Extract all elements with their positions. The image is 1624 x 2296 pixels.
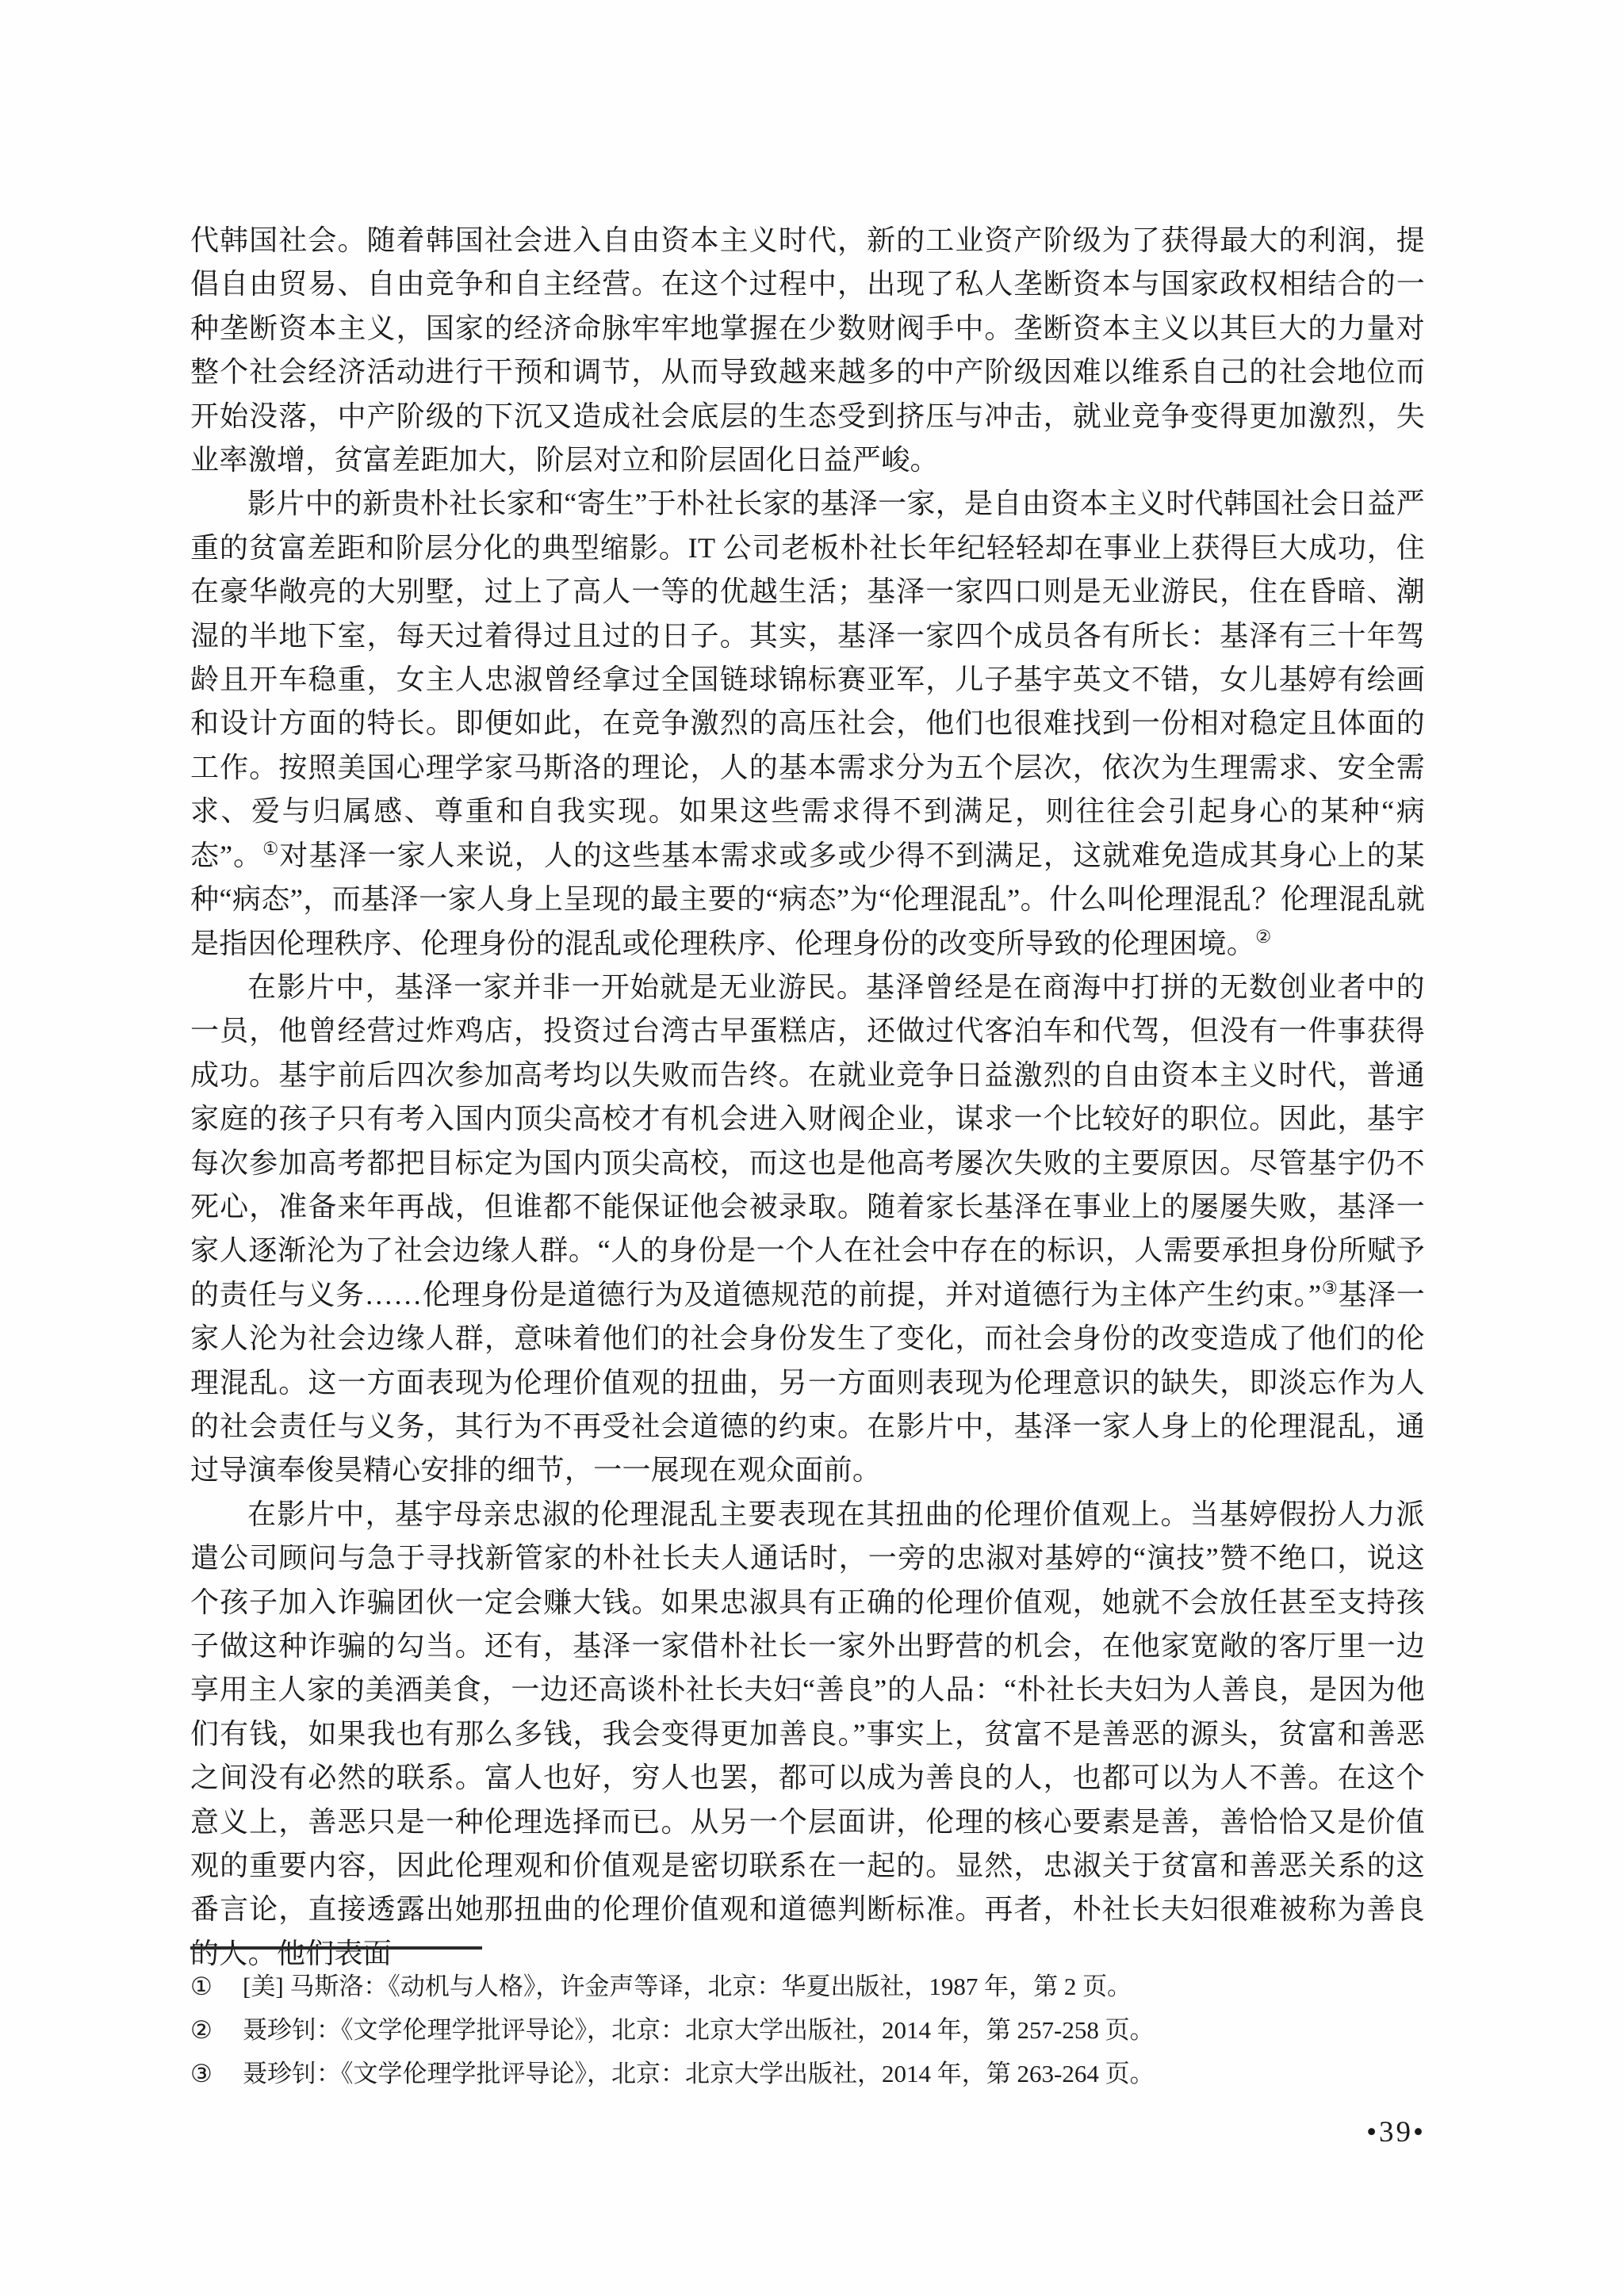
footnote-text: [美] 马斯洛：《动机与人格》，许金声等译，北京：华夏出版社，1987 年，第 … [243,1965,1425,2008]
paragraph-text: 在影片中，基泽一家并非一开始就是无业游民。基泽曾经是在商海中打拼的无数创业者中的… [190,971,1425,1311]
paragraph-text: 代韩国社会。随着韩国社会进入自由资本主义时代，新的工业资产阶级为了获得最大的利润… [190,224,1425,476]
footnote-marker: ② [190,2008,243,2052]
footnote-marker: ③ [190,2052,243,2095]
footnote-ref: ③ [1321,1278,1338,1298]
article-body: 代韩国社会。随着韩国社会进入自由资本主义时代，新的工业资产阶级为了获得最大的利润… [190,219,1425,1976]
paragraph: 在影片中，基宇母亲忠淑的伦理混乱主要表现在其扭曲的伦理价值观上。当基婷假扮人力派… [190,1493,1425,1976]
footnote-text: 聂珍钊：《文学伦理学批评导论》，北京：北京大学出版社，2014 年，第 257-… [243,2008,1425,2052]
paragraphs-container: 代韩国社会。随着韩国社会进入自由资本主义时代，新的工业资产阶级为了获得最大的利润… [190,219,1425,1976]
footnote-separator [190,1946,482,1950]
page-number: •39• [1366,2115,1426,2149]
footnote-marker: ① [190,1965,243,2008]
footnote-ref: ② [1255,927,1271,947]
paragraph: 代韩国社会。随着韩国社会进入自由资本主义时代，新的工业资产阶级为了获得最大的利润… [190,219,1425,482]
paragraph-text: 对基泽一家人来说，人的这些基本需求或多或少得不到满足，这就难免造成其身心上的某种… [190,840,1425,959]
paragraph: 在影片中，基泽一家并非一开始就是无业游民。基泽曾经是在商海中打拼的无数创业者中的… [190,966,1425,1493]
footnote-ref: ① [262,839,279,859]
paragraph-text: 影片中的新贵朴社长家和“寄生”于朴社长家的基泽一家，是自由资本主义时代韩国社会日… [190,488,1425,871]
footnote-item: ②聂珍钊：《文学伦理学批评导论》，北京：北京大学出版社，2014 年，第 257… [190,2008,1425,2052]
footnote-item: ①[美] 马斯洛：《动机与人格》，许金声等译，北京：华夏出版社，1987 年，第… [190,1965,1425,2008]
paragraph: 影片中的新贵朴社长家和“寄生”于朴社长家的基泽一家，是自由资本主义时代韩国社会日… [190,482,1425,965]
footnote-text: 聂珍钊：《文学伦理学批评导论》，北京：北京大学出版社，2014 年，第 263-… [243,2052,1425,2095]
paragraph-text: 在影片中，基宇母亲忠淑的伦理混乱主要表现在其扭曲的伦理价值观上。当基婷假扮人力派… [190,1498,1425,1969]
document-page: 代韩国社会。随着韩国社会进入自由资本主义时代，新的工业资产阶级为了获得最大的利润… [0,0,1624,2296]
footnote-item: ③聂珍钊：《文学伦理学批评导论》，北京：北京大学出版社，2014 年，第 263… [190,2052,1425,2095]
footnotes: ①[美] 马斯洛：《动机与人格》，许金声等译，北京：华夏出版社，1987 年，第… [190,1965,1425,2095]
